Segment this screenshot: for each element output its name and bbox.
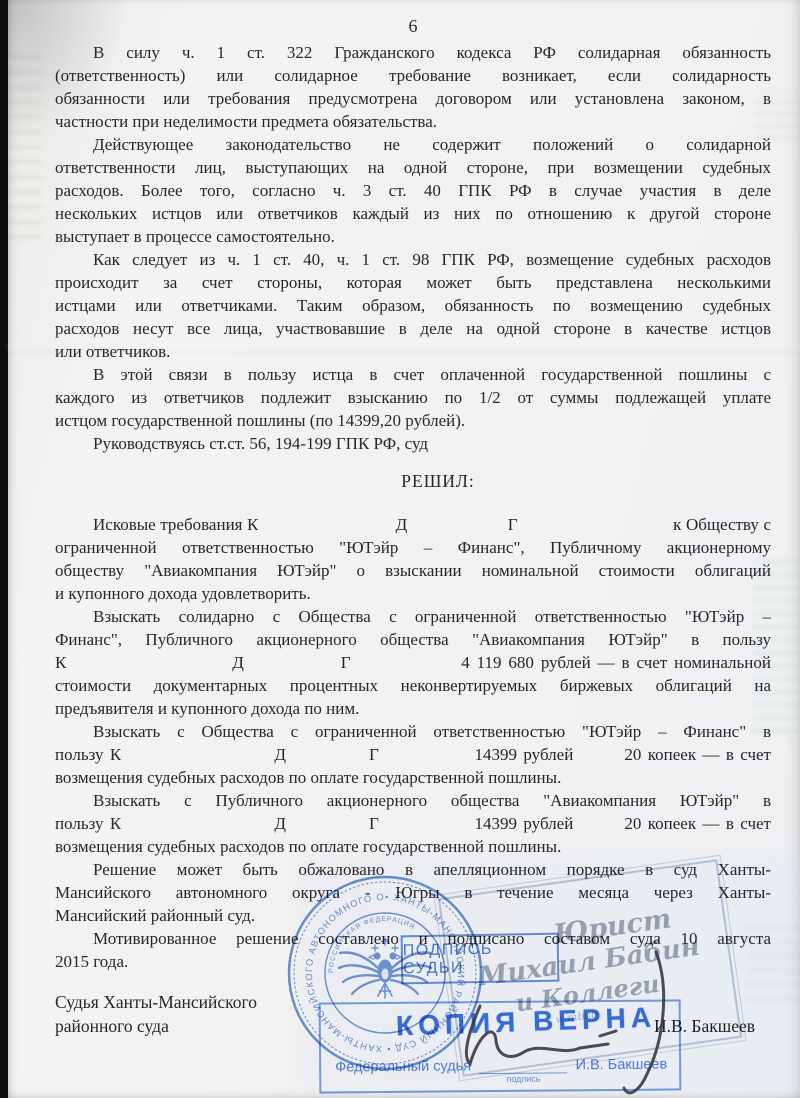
text-line: ответственности лиц, выступающих на одно… xyxy=(55,156,771,179)
text-line: стоимости документарных процентных некон… xyxy=(55,674,771,697)
text-line: ограниченной ответственностью "ЮТэйр – Ф… xyxy=(55,536,771,559)
text-line: Взыскать с Общества с ограниченной ответ… xyxy=(55,720,771,743)
text-line: Действующее законодательство не содержит… xyxy=(55,133,771,156)
judge-title: Судья Ханты-Мансийского районного суда xyxy=(55,990,257,1038)
text-line: обществу "Авиакомпания ЮТэйр" о взыскани… xyxy=(55,559,771,582)
text-line: истцом государственной пошлины (по 14399… xyxy=(55,409,771,432)
paragraph: В этой связи в пользу истца в счет оплач… xyxy=(55,363,771,432)
paragraph: Действующее законодательство не содержит… xyxy=(55,133,771,248)
text-line: выступает в процессе самостоятельно. xyxy=(55,225,771,248)
text-line: происходит за счет стороны, которая може… xyxy=(55,271,771,294)
text-line: Исковые требования К Д Г к Обществу с xyxy=(55,513,771,536)
text-line: расходов несут все лица, участвовавшие в… xyxy=(55,317,771,340)
paragraph: Взыскать солидарно с Общества с ограниче… xyxy=(55,605,771,720)
handwritten-signature xyxy=(428,938,690,1098)
scanned-court-decision-page: 6 В силу ч. 1 ст. 322 Гражданского кодек… xyxy=(0,0,800,1098)
paragraph: Руководствуясь ст.ст. 56, 194-199 ГПК РФ… xyxy=(55,432,771,455)
text-line: пользу К Д Г 14399 рублей 20 копеек — в … xyxy=(55,812,771,835)
text-line: Взыскать с Публичного акционерного общес… xyxy=(55,789,771,812)
ruling-heading: РЕШИЛ: xyxy=(55,470,771,493)
text-line: возмещения судебных расходов по оплате г… xyxy=(55,766,771,789)
text-line: В этой связи в пользу истца в счет оплач… xyxy=(55,363,771,386)
text-line: предъявителя и купонного дохода по ним. xyxy=(55,697,771,720)
paragraph: Взыскать с Общества с ограниченной ответ… xyxy=(55,720,771,789)
text-line: Взыскать солидарно с Общества с ограниче… xyxy=(55,605,771,628)
bleed-through-smudge xyxy=(8,44,42,239)
paragraph: Как следует из ч. 1 ст. 40, ч. 1 ст. 98 … xyxy=(55,248,771,363)
paper-sheet: 6 В силу ч. 1 ст. 322 Гражданского кодек… xyxy=(8,0,800,1098)
judge-title-line: Судья Ханты-Мансийского xyxy=(55,990,257,1014)
text-line: или ответчиков. xyxy=(55,340,771,363)
judge-title-line: районного суда xyxy=(55,1014,257,1038)
text-line: обязанности или требования предусмотрена… xyxy=(55,87,771,110)
paragraph: В силу ч. 1 ст. 322 Гражданского кодекса… xyxy=(55,41,771,133)
text-line: К Д Г 4 119 680 рублей — в счет номиналь… xyxy=(55,651,771,674)
text-line: нескольких истцов или ответчиков каждый … xyxy=(55,202,771,225)
text-line: истцами или ответчиками. Таким образом, … xyxy=(55,294,771,317)
text-line: возмещения судебных расходов по оплате г… xyxy=(55,835,771,858)
text-line: В силу ч. 1 ст. 322 Гражданского кодекса… xyxy=(55,41,771,64)
text-line: Как следует из ч. 1 ст. 40, ч. 1 ст. 98 … xyxy=(55,248,771,271)
text-line: и купонного дохода удовлетворить. xyxy=(55,582,771,605)
text-line: пользу К Д Г 14399 рублей 20 копеек — в … xyxy=(55,743,771,766)
text-line: (ответственность) или солидарное требова… xyxy=(55,64,771,87)
page-number: 6 xyxy=(55,16,771,37)
paragraph: Взыскать с Публичного акционерного общес… xyxy=(55,789,771,858)
paragraph: Исковые требования К Д Г к Обществу согр… xyxy=(55,513,771,605)
text-line: Финанс", Публичного акционерного обществ… xyxy=(55,628,771,651)
text-line: каждого из ответчиков подлежит взысканию… xyxy=(55,386,771,409)
text-line: частности при неделимости предмета обяза… xyxy=(55,110,771,133)
text-line: расходов. Более того, согласно ч. 3 ст. … xyxy=(55,179,771,202)
